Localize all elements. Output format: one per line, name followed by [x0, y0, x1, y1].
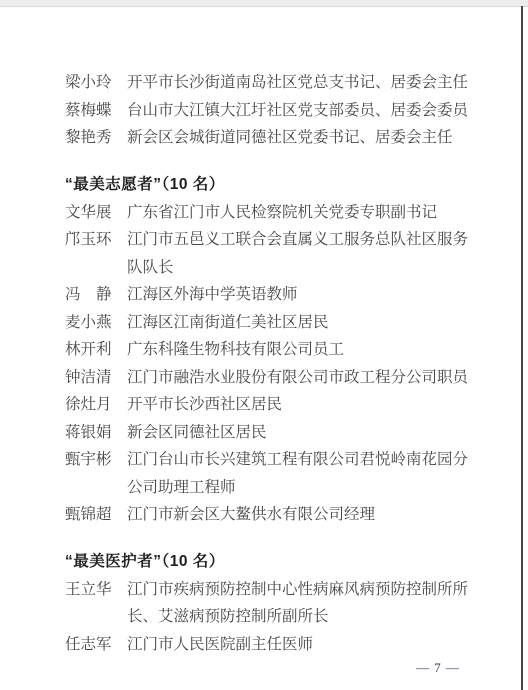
awardee-row: 钟洁清江门市融浩水业股份有限公司市政工程分公司职员: [65, 364, 475, 392]
awardee-name: 甄宇彬: [65, 446, 127, 474]
awardee-row: 甄锦超江门市新会区大鳌供水有限公司经理: [65, 501, 475, 529]
awardee-row: 黎艳秀新会区会城街道同德社区党委书记、居委会主任: [65, 124, 475, 152]
awardee-name: 邝玉环: [65, 226, 127, 254]
awardee-name: 蒋银娟: [65, 419, 127, 447]
awardee-row: 徐灶月开平市长沙西社区居民: [65, 391, 475, 419]
awardee-row: 王立华江门市疾病预防控制中心性病麻风病预防控制所所长、艾滋病预防控制所副所长: [65, 576, 475, 631]
awardee-role: 新会区会城街道同德社区党委书记、居委会主任: [127, 124, 469, 152]
awardee-role: 江海区外海中学英语教师: [127, 281, 469, 309]
scanned-document-page: 梁小玲开平市长沙街道南岛社区党总支书记、居委会主任蔡梅蝶台山市大江镇大江圩社区党…: [0, 0, 528, 690]
awardee-name: 梁小玲: [65, 69, 127, 97]
awardee-role: 江门市人民医院副主任医师: [127, 631, 469, 659]
awardee-name: 冯 静: [65, 281, 127, 309]
awardee-name: 任志军: [65, 631, 127, 659]
awardee-role: 江门台山市长兴建筑工程有限公司君悦岭南花园分公司助理工程师: [127, 446, 469, 501]
awardee-role: 广东省江门市人民检察院机关党委专职副书记: [127, 199, 469, 227]
awardee-role: 新会区同德社区居民: [127, 419, 469, 447]
awardee-role: 台山市大江镇大江圩社区党支部委员、居委会委员: [127, 97, 469, 125]
awardee-role: 江门市新会区大鳌供水有限公司经理: [127, 501, 469, 529]
document-content: 梁小玲开平市长沙街道南岛社区党总支书记、居委会主任蔡梅蝶台山市大江镇大江圩社区党…: [65, 69, 475, 658]
section-heading: “最美志愿者”（10 名）: [65, 171, 475, 199]
awardee-name: 钟洁清: [65, 364, 127, 392]
awardee-name: 文华展: [65, 199, 127, 227]
awardee-row: 邝玉环江门市五邑义工联合会直属义工服务总队社区服务队队长: [65, 226, 475, 281]
awardee-row: 麦小燕江海区江南街道仁美社区居民: [65, 309, 475, 337]
awardee-row: 蒋银娟新会区同德社区居民: [65, 419, 475, 447]
awardee-row: 梁小玲开平市长沙街道南岛社区党总支书记、居委会主任: [65, 69, 475, 97]
awardee-row: 冯 静江海区外海中学英语教师: [65, 281, 475, 309]
awardee-role: 江门市五邑义工联合会直属义工服务总队社区服务队队长: [127, 226, 469, 281]
scan-right-edge-line: [521, 6, 523, 690]
page-number: — 7 —: [416, 660, 460, 676]
section-heading: “最美医护者”（10 名）: [65, 548, 475, 576]
awardee-name: 麦小燕: [65, 309, 127, 337]
awardee-row: 任志军江门市人民医院副主任医师: [65, 631, 475, 659]
scan-top-edge: [0, 0, 528, 7]
awardee-name: 黎艳秀: [65, 124, 127, 152]
awardee-name: 王立华: [65, 576, 127, 604]
awardee-name: 甄锦超: [65, 501, 127, 529]
awardee-name: 林开利: [65, 336, 127, 364]
awardee-name: 蔡梅蝶: [65, 97, 127, 125]
awardee-row: 文华展广东省江门市人民检察院机关党委专职副书记: [65, 199, 475, 227]
awardee-role: 江门市疾病预防控制中心性病麻风病预防控制所所长、艾滋病预防控制所副所长: [127, 576, 469, 631]
awardee-role: 广东科隆生物科技有限公司员工: [127, 336, 469, 364]
awardee-row: 蔡梅蝶台山市大江镇大江圩社区党支部委员、居委会委员: [65, 97, 475, 125]
awardee-name: 徐灶月: [65, 391, 127, 419]
awardee-row: 甄宇彬江门台山市长兴建筑工程有限公司君悦岭南花园分公司助理工程师: [65, 446, 475, 501]
awardee-row: 林开利广东科隆生物科技有限公司员工: [65, 336, 475, 364]
awardee-role: 江门市融浩水业股份有限公司市政工程分公司职员: [127, 364, 469, 392]
awardee-role: 开平市长沙西社区居民: [127, 391, 469, 419]
awardee-role: 江海区江南街道仁美社区居民: [127, 309, 469, 337]
awardee-role: 开平市长沙街道南岛社区党总支书记、居委会主任: [127, 69, 469, 97]
